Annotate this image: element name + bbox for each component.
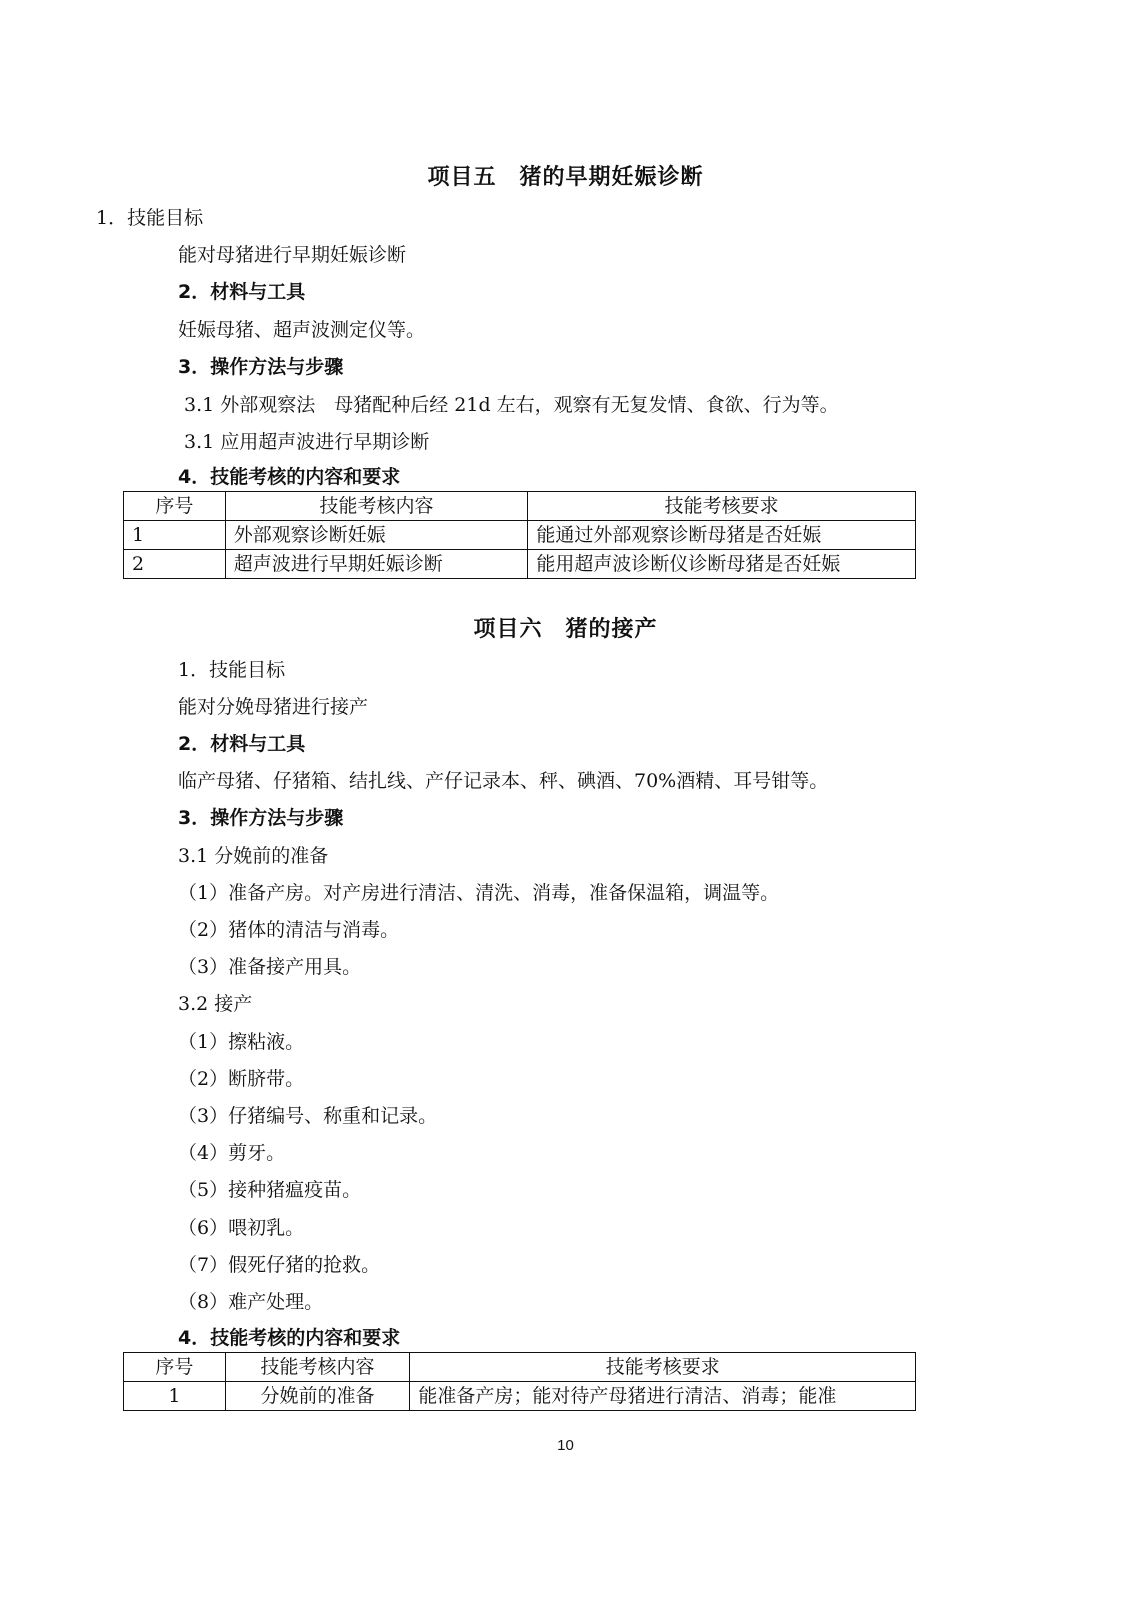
section6-materials-text: 临产母猪、仔猪箱、结扎线、产仔记录本、秤、碘酒、70%酒精、耳号钳等。 xyxy=(178,766,828,793)
section6-subheading-delivery: 3.2 接产 xyxy=(178,989,252,1016)
page-number: 10 xyxy=(0,1437,1131,1454)
table-cell: 超声波进行早期妊娠诊断 xyxy=(225,550,528,579)
table-header-cell: 技能考核要求 xyxy=(410,1353,916,1382)
section6-heading-materials: 2．材料与工具 xyxy=(178,729,305,756)
table-cell: 1 xyxy=(124,521,226,550)
section6-delivery-item: （5）接种猪瘟疫苗。 xyxy=(178,1175,361,1202)
section6-goal-text: 能对分娩母猪进行接产 xyxy=(178,692,368,719)
section6-delivery-item: （2）断脐带。 xyxy=(178,1064,304,1091)
table-header-cell: 技能考核内容 xyxy=(225,1353,410,1382)
section6-delivery-item: （4）剪牙。 xyxy=(178,1138,285,1165)
table-cell: 能通过外部观察诊断母猪是否妊娠 xyxy=(528,521,916,550)
section6-subheading-prep: 3.1 分娩前的准备 xyxy=(178,841,328,868)
section6-delivery-item: （1）擦粘液。 xyxy=(178,1027,304,1054)
table-header-cell: 技能考核要求 xyxy=(528,492,916,521)
section5-heading-goal: 1．技能目标 xyxy=(96,203,203,230)
table-cell: 2 xyxy=(124,550,226,579)
section6-heading-methods: 3．操作方法与步骤 xyxy=(178,803,343,830)
table-header-cell: 序号 xyxy=(124,1353,226,1382)
table-cell: 1 xyxy=(124,1382,226,1411)
table-row: 1 外部观察诊断妊娠 能通过外部观察诊断母猪是否妊娠 xyxy=(124,521,916,550)
table-row: 1 分娩前的准备 能准备产房；能对待产母猪进行清洁、消毒；能准 xyxy=(124,1382,916,1411)
section6-delivery-item: （7）假死仔猪的抢救。 xyxy=(178,1250,380,1277)
section6-assessment-table: 序号 技能考核内容 技能考核要求 1 分娩前的准备 能准备产房；能对待产母猪进行… xyxy=(123,1352,916,1411)
table-cell: 能准备产房；能对待产母猪进行清洁、消毒；能准 xyxy=(410,1382,916,1411)
section5-heading-assessment: 4．技能考核的内容和要求 xyxy=(178,462,400,489)
table-header-row: 序号 技能考核内容 技能考核要求 xyxy=(124,492,916,521)
table-cell: 能用超声波诊断仪诊断母猪是否妊娠 xyxy=(528,550,916,579)
section6-prep-item: （3）准备接产用具。 xyxy=(178,952,361,979)
section6-delivery-item: （8）难产处理。 xyxy=(178,1287,323,1314)
section6-prep-item: （1）准备产房。对产房进行清洁、清洗、消毒，准备保温箱，调温等。 xyxy=(178,878,779,905)
section5-title: 项目五 猪的早期妊娠诊断 xyxy=(0,160,1131,191)
section5-goal-text: 能对母猪进行早期妊娠诊断 xyxy=(178,240,406,267)
table-cell: 外部观察诊断妊娠 xyxy=(225,521,528,550)
section5-materials-text: 妊娠母猪、超声波测定仪等。 xyxy=(178,315,425,342)
table-cell: 分娩前的准备 xyxy=(225,1382,410,1411)
section5-step-1: 3.1 外部观察法 母猪配种后经 21d 左右，观察有无复发情、食欲、行为等。 xyxy=(184,390,839,417)
section5-assessment-table: 序号 技能考核内容 技能考核要求 1 外部观察诊断妊娠 能通过外部观察诊断母猪是… xyxy=(123,491,916,579)
table-header-cell: 序号 xyxy=(124,492,226,521)
table-header-cell: 技能考核内容 xyxy=(225,492,528,521)
section6-prep-item: （2）猪体的清洁与消毒。 xyxy=(178,915,399,942)
table-row: 2 超声波进行早期妊娠诊断 能用超声波诊断仪诊断母猪是否妊娠 xyxy=(124,550,916,579)
section5-heading-methods: 3．操作方法与步骤 xyxy=(178,352,343,379)
section6-heading-goal: 1．技能目标 xyxy=(178,655,285,682)
section6-title: 项目六 猪的接产 xyxy=(0,612,1131,643)
table-header-row: 序号 技能考核内容 技能考核要求 xyxy=(124,1353,916,1382)
section6-delivery-item: （6）喂初乳。 xyxy=(178,1213,304,1240)
section6-delivery-item: （3）仔猪编号、称重和记录。 xyxy=(178,1101,437,1128)
section5-step-2: 3.1 应用超声波进行早期诊断 xyxy=(184,427,429,454)
section5-heading-materials: 2．材料与工具 xyxy=(178,277,305,304)
section6-heading-assessment: 4．技能考核的内容和要求 xyxy=(178,1323,400,1350)
